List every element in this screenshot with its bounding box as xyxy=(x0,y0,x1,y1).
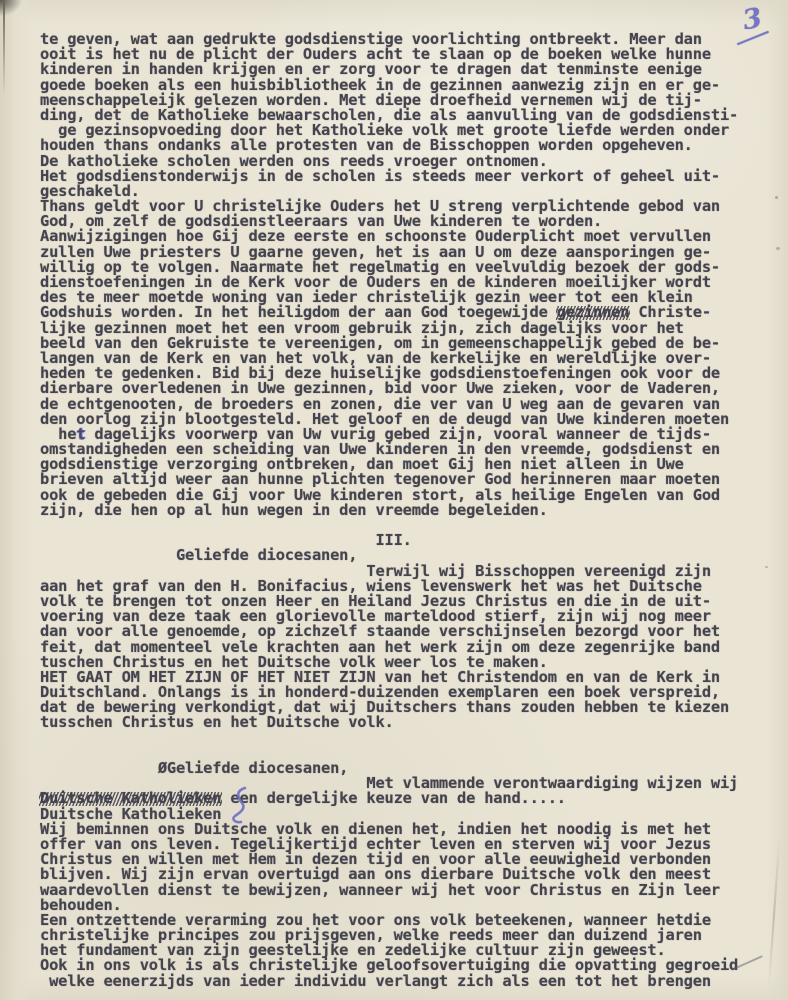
struck-text: gezinnen xyxy=(557,305,630,320)
typewritten-text: te geven, wat aan gedrukte godsdienstige… xyxy=(40,32,780,989)
document-page: 3 te geven, wat aan gedrukte godsdiensti… xyxy=(0,0,788,1000)
paper-speck xyxy=(775,196,778,199)
text-segment: een dergelijke keuze van de hand..... xyxy=(221,789,566,807)
paper-speck xyxy=(765,566,768,568)
text-line: Het godsdienstonderwijs in de scholen is… xyxy=(40,169,780,184)
text-line: zijn, die hen op al hun wegen in den vre… xyxy=(40,503,780,518)
text-segment: waardevollen dienst te bewijzen, wanneer… xyxy=(40,881,720,899)
text-line xyxy=(40,731,780,746)
text-line: waardevollen dienst te bewijzen, wanneer… xyxy=(40,883,780,898)
text-segment: zijn, die hen op al hun wegen in den vre… xyxy=(40,501,548,519)
text-segment: welke eenerzijds van ieder individu verl… xyxy=(40,972,711,990)
paper-speck xyxy=(776,247,780,250)
text-line: tusschen Christus en het Duitsche volk. xyxy=(40,715,780,730)
paper-edge-line xyxy=(3,0,5,95)
text-line: Duitsche Katholieken een dergelijke keuz… xyxy=(40,791,780,806)
text-line: welke eenerzijds van ieder individu verl… xyxy=(40,974,780,989)
text-segment: Het godsdienstonderwijs in de scholen is… xyxy=(40,167,720,185)
text-segment: tusschen Christus en het Duitsche volk. xyxy=(40,713,394,731)
insertion-brace-icon xyxy=(227,786,251,826)
struck-text: Duitsche Katholieken xyxy=(40,791,221,806)
